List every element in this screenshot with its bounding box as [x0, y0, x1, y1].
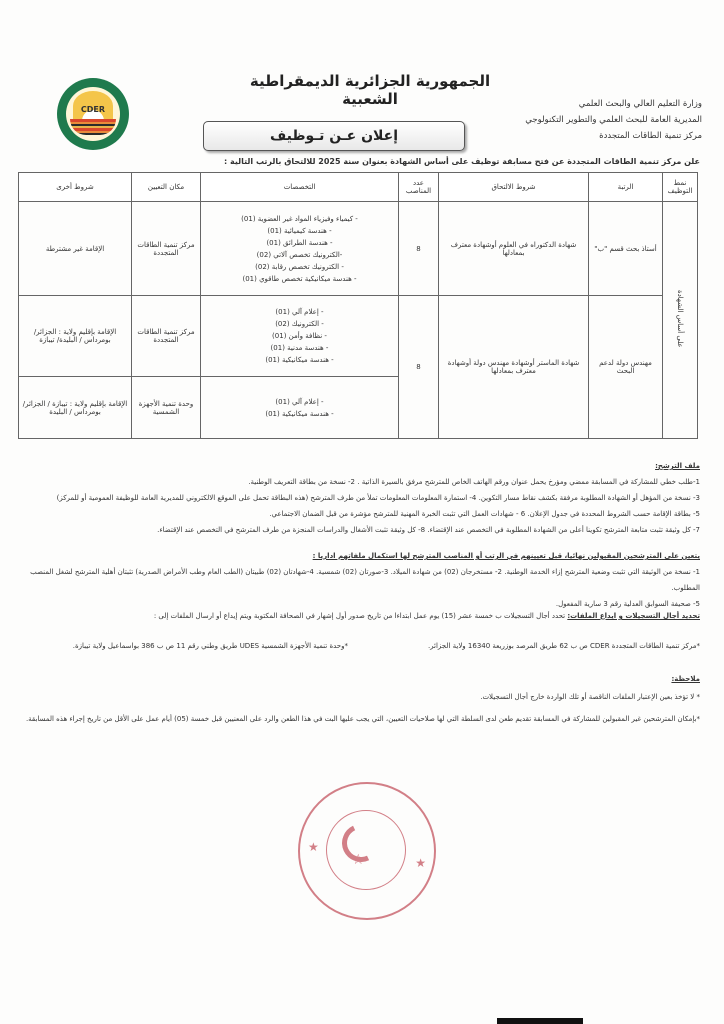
section-title: ملاحظة:: [10, 670, 700, 688]
table-header-row: نمط التوظيف الرتبة شروط الالتحاق عدد الم…: [19, 173, 698, 202]
section-title: يتعين على المترشحين المقبولين نهائيا، قب…: [20, 548, 700, 564]
dossier-section: ملف الترشح: 1-طلب خطي للمشاركة في المساب…: [20, 458, 700, 538]
ministry-line: المديرية العامة للبحث العلمي والتطوير ال…: [472, 112, 702, 128]
specialty-item: - هندسة ميكانيكية تخصص طاقوي (01): [204, 273, 395, 285]
star-icon: ☆: [352, 852, 365, 868]
specialties-cell: - إعلام آلي (01) - هندسة ميكانيكية (01): [201, 377, 399, 439]
dossier-line: 5- بطاقة الإقامة حسب الشروط المحددة في ج…: [20, 506, 700, 522]
waves-icon: [70, 119, 116, 135]
header-cell: مكان التعيين: [132, 173, 201, 202]
dossier-line: 7- كل وثيقة تثبت متابعة المترشح تكوينا أ…: [20, 522, 700, 538]
note-section: ملاحظة: * لا تؤخذ بعين الإعتبار الملفات …: [10, 670, 700, 728]
specialty-item: - هندسة مدنية (01): [204, 342, 395, 354]
recruitment-mode-cell: على أساس الشهادة: [663, 202, 698, 439]
intro-text: علن مركز تنمية الطاقات المتجددة عن فتح م…: [40, 157, 700, 166]
address-cder: *مركز تنمية الطاقات المتجددة CDER ص ب 62…: [380, 638, 700, 654]
section-title: ملف الترشح:: [20, 458, 700, 474]
header-cell: شروط أخرى: [19, 173, 132, 202]
scan-artifact-bar: [497, 1018, 583, 1024]
posts-cell: 8: [399, 296, 439, 439]
star-icon: ★: [308, 840, 319, 854]
rank-cell: مهندس دولة لدعم البحث: [589, 296, 663, 439]
header-cell: عدد المناصب: [399, 173, 439, 202]
section-title: تحديد أجال التسجيلات و ايداع الملفات:: [567, 612, 700, 620]
other-cell: الإقامة بإقليم ولاية : تيبازة / الجزائر/…: [19, 377, 132, 439]
logo-text: CDER: [66, 105, 120, 114]
specialty-item: - إعلام آلي (01): [204, 306, 395, 318]
table-row: مهندس دولة لدعم البحث شهادة الماستر أوشه…: [19, 296, 698, 377]
ministry-line: مركز تنمية الطاقات المتجددة: [472, 128, 702, 144]
announcement-banner: إعلان عـن تـوظيف: [203, 121, 465, 151]
deadline-section: تحديد أجال التسجيلات و ايداع الملفات: تح…: [20, 608, 700, 624]
specialties-cell: - إعلام آلي (01) - الكترونيك (02) - نظاف…: [201, 296, 399, 377]
conditions-cell: شهادة الدكتوراه في العلوم أوشهادة معترف …: [439, 202, 589, 296]
place-cell: مركز تنمية الطاقات المتجددة: [132, 296, 201, 377]
specialties-cell: - كيمياء وفيزياء المواد غير العضوية (01)…: [201, 202, 399, 296]
specialty-item: - هندسة ميكانيكية (01): [204, 354, 395, 366]
posts-cell: 8: [399, 202, 439, 296]
other-cell: الإقامة غير مشترطة: [19, 202, 132, 296]
place-cell: مركز تنمية الطاقات المتجددة: [132, 202, 201, 296]
specialty-item: - إعلام آلي (01): [204, 396, 395, 408]
dossier-line: 3- نسخة من المؤهل أو الشهادة المطلوبة مر…: [20, 490, 700, 506]
deadline-text: تحدد أجال التسجيلات ب خمسة عشر (15) يوم …: [154, 612, 565, 620]
specialty-item: -الكترونيك تخصص آلاتي (02): [204, 249, 395, 261]
dossier-line: 1-طلب خطي للمشاركة في المسابقة ممضي ومؤر…: [20, 474, 700, 490]
conditions-cell: شهادة الماستر أوشهادة مهندس دولة أوشهادة…: [439, 296, 589, 439]
header-cell: شروط الالتحاق: [439, 173, 589, 202]
specialty-item: - الكترونيك (02): [204, 318, 395, 330]
specialty-item: - كيمياء وفيزياء المواد غير العضوية (01): [204, 213, 395, 225]
rank-cell: أستاذ بحث قسم "ب": [589, 202, 663, 296]
specialty-item: - هندسة كيميائية (01): [204, 225, 395, 237]
specialty-item: - نظافة وأمن (01): [204, 330, 395, 342]
star-icon: ★: [415, 856, 426, 870]
specialty-item: - هندسة الطرائق (01): [204, 237, 395, 249]
address-udes: *وحدة تنمية الأجهزة الشمسية UDES طريق وط…: [48, 638, 348, 654]
ministry-block: وزارة التعليم العالي والبحث العلمي المدي…: [472, 96, 702, 144]
recruitment-mode: على أساس الشهادة: [676, 290, 684, 348]
place-cell: وحدة تنمية الأجهزة الشمسية: [132, 377, 201, 439]
table-row: على أساس الشهادة أستاذ بحث قسم "ب" شهادة…: [19, 202, 698, 296]
ministry-line: وزارة التعليم العالي والبحث العلمي: [472, 96, 702, 112]
note-line: * لا تؤخذ بعين الإعتبار الملفات الناقصة …: [10, 688, 700, 706]
specialty-item: - الكترونيك تخصص رقابة (02): [204, 261, 395, 273]
official-stamp: ★ ★ ☆: [298, 782, 436, 920]
final-docs-section: يتعين على المترشحين المقبولين نهائيا، قب…: [20, 548, 700, 612]
header-cell: الرتبة: [589, 173, 663, 202]
header-cell: التخصصات: [201, 173, 399, 202]
other-cell: الإقامة بإقليم ولاية : الجزائر/ بومرداس …: [19, 296, 132, 377]
note-line: *بإمكان المترشحين غير المقبولين للمشاركة…: [10, 710, 700, 728]
header-cell: نمط التوظيف: [663, 173, 698, 202]
final-doc-line: 1- نسخة من الوثيقة التي تثبت وضعية المتر…: [20, 564, 700, 596]
recruitment-table: نمط التوظيف الرتبة شروط الالتحاق عدد الم…: [18, 172, 698, 439]
specialty-item: - هندسة ميكانيكية (01): [204, 408, 395, 420]
cder-logo: CDER: [57, 78, 129, 150]
